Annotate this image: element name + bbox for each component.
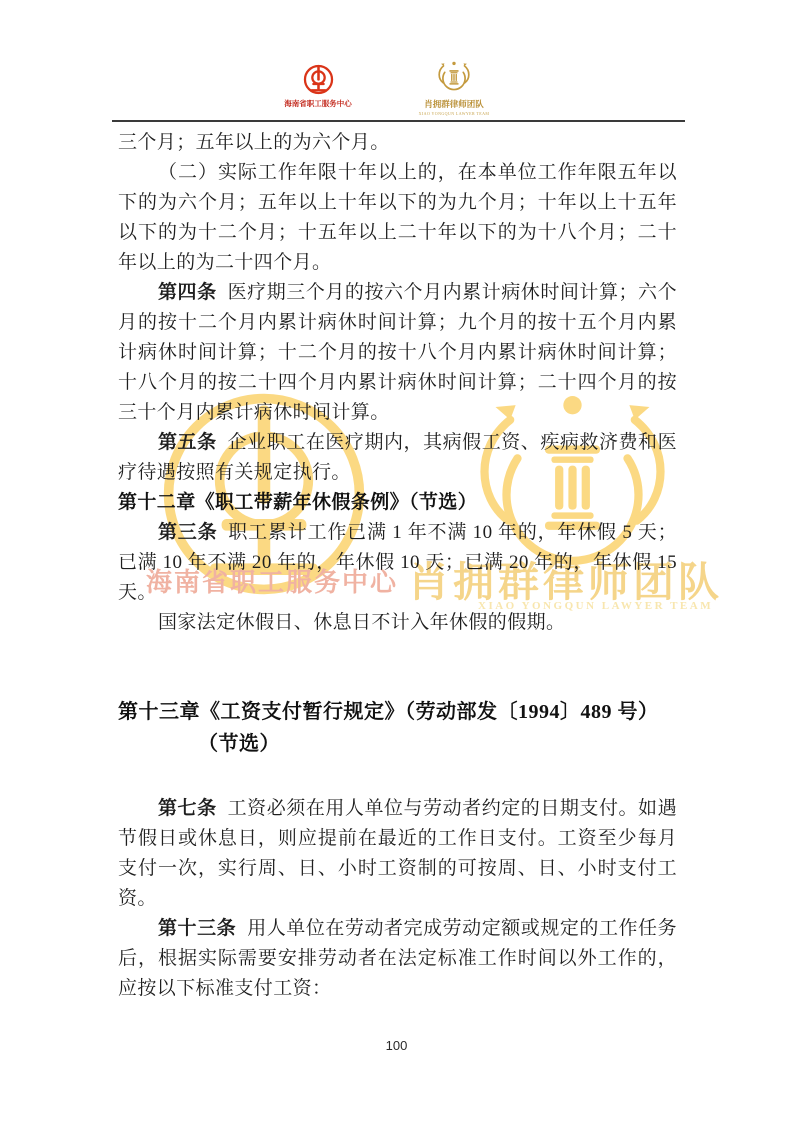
- header-left-logo-block: 海南省职工服务中心: [281, 64, 355, 109]
- document-body: 三个月；五年以上的为六个月。 （二）实际工作年限十年以上的，在本单位工作年限五年…: [118, 128, 677, 1004]
- chapter-13-heading-line1: 第十三章《工资支付暂行规定》（劳动部发〔1994〕489 号）: [118, 696, 677, 728]
- lawyer-logo-icon: [431, 60, 477, 97]
- header-left-logo-label: 海南省职工服务中心: [284, 98, 352, 109]
- header-right-logo-label: 肖拥群律师团队: [424, 98, 484, 110]
- paragraph-holidays-note: 国家法定休假日、休息日不计入年休假的假期。: [118, 608, 677, 638]
- document-page: 海南省职工服务中心 肖拥群律师团队 XIAO YONGQUN LAWYER TE…: [0, 0, 793, 1122]
- article-7-number: 第七条: [158, 798, 217, 819]
- chapter-12-heading: 第十二章《职工带薪年休假条例》（节选）: [118, 488, 677, 518]
- union-logo-icon: [302, 64, 335, 95]
- paragraph-article-3: 第三条职工累计工作已满 1 年不满 10 年的，年休假 5 天；已满 10 年不…: [118, 518, 677, 608]
- header-divider-line: [112, 120, 685, 122]
- header-right-logo-block: 肖拥群律师团队 XIAO YONGQUN LAWYER TEAM: [410, 60, 498, 116]
- page-number: 100: [0, 1038, 793, 1053]
- article-4-number: 第四条: [158, 282, 217, 303]
- paragraph-item-2: （二）实际工作年限十年以上的，在本单位工作年限五年以下的为六个月；五年以上十年以…: [118, 158, 677, 278]
- header-right-logo-sublabel: XIAO YONGQUN LAWYER TEAM: [419, 111, 490, 116]
- chapter-13-heading: 第十三章《工资支付暂行规定》（劳动部发〔1994〕489 号） （节选）: [118, 696, 677, 760]
- paragraph-article-5: 第五条企业职工在医疗期内，其病假工资、疾病救济费和医疗待遇按照有关规定执行。: [118, 428, 677, 488]
- article-13-number: 第十三条: [158, 918, 236, 939]
- paragraph-article-13: 第十三条用人单位在劳动者完成劳动定额或规定的工作任务后，根据实际需要安排劳动者在…: [118, 914, 677, 1004]
- paragraph-article-7: 第七条工资必须在用人单位与劳动者约定的日期支付。如遇节假日或休息日，则应提前在最…: [118, 794, 677, 914]
- article-3-number: 第三条: [158, 522, 217, 543]
- chapter-13-heading-line2: （节选）: [118, 728, 677, 760]
- article-5-number: 第五条: [158, 432, 217, 453]
- paragraph-continuation: 三个月；五年以上的为六个月。: [118, 128, 677, 158]
- paragraph-article-4: 第四条医疗期三个月的按六个月内累计病休时间计算；六个月的按十二个月内累计病休时间…: [118, 278, 677, 428]
